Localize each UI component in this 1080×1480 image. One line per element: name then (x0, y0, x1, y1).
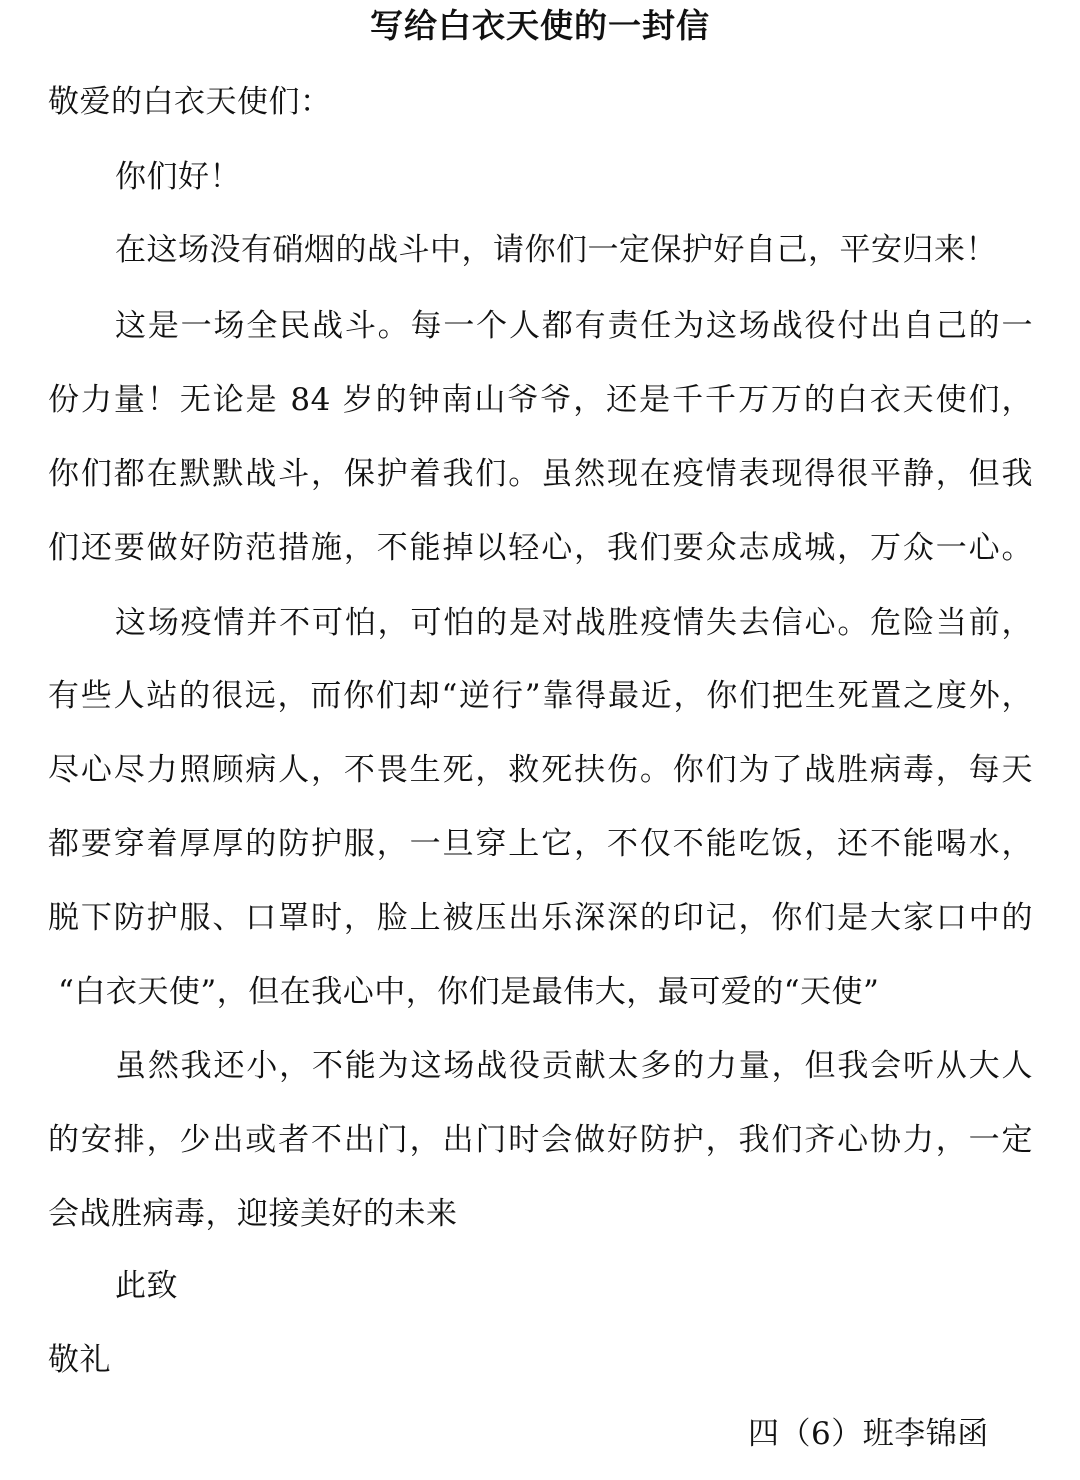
greeting: 你们好！ (115, 157, 241, 197)
paragraph-line: 都要穿着厚厚的防护服，一旦穿上它，不仅不能吃饭，还不能喝水， (48, 824, 1033, 864)
paragraph-line: 虽然我还小，不能为这场战役贡献太多的力量，但我会听从大人 (115, 1046, 1033, 1086)
letter-title: 写给白衣天使的一封信 (0, 4, 1080, 48)
paragraph-line: 在这场没有硝烟的战斗中，请你们一定保护好自己，平安归来！ (115, 230, 997, 270)
paragraph-line: 们还要做好防范措施，不能掉以轻心，我们要众志成城，万众一心。 (48, 528, 1033, 568)
paragraph-line: 尽心尽力照顾病人，不畏生死，救死扶伤。你们为了战胜病毒，每天 (48, 750, 1033, 790)
paragraph-line: 你们都在默默战斗，保护着我们。虽然现在疫情表现得很平静，但我 (48, 454, 1033, 494)
salutation: 敬爱的白衣天使们： (48, 82, 332, 122)
paragraph-line: 份力量！无论是 84 岁的钟南山爷爷，还是千千万万的白衣天使们， (48, 380, 1033, 420)
paragraph-line: 这场疫情并不可怕，可怕的是对战胜疫情失去信心。危险当前， (115, 603, 1033, 643)
paragraph-line: “白衣天使”，但在我心中，你们是最伟大，最可爱的“天使” (58, 972, 879, 1012)
paragraph-line: 有些人站的很远，而你们却“逆行”靠得最近，你们把生死置之度外， (48, 676, 1033, 716)
paragraph-line: 会战胜病毒，迎接美好的未来 (48, 1194, 458, 1234)
paragraph-line: 的安排，少出或者不出门，出门时会做好防护，我们齐心协力，一定 (48, 1120, 1033, 1160)
signature: 四（6）班李锦函 (748, 1414, 989, 1454)
closing-ci-zhi: 此致 (115, 1266, 178, 1306)
paragraph-line: 这是一场全民战斗。每一个人都有责任为这场战役付出自己的一 (115, 306, 1033, 346)
paragraph-line: 脱下防护服、口罩时，脸上被压出乐深深的印记，你们是大家口中的 (48, 898, 1033, 938)
closing-jing-li: 敬礼 (48, 1340, 111, 1380)
